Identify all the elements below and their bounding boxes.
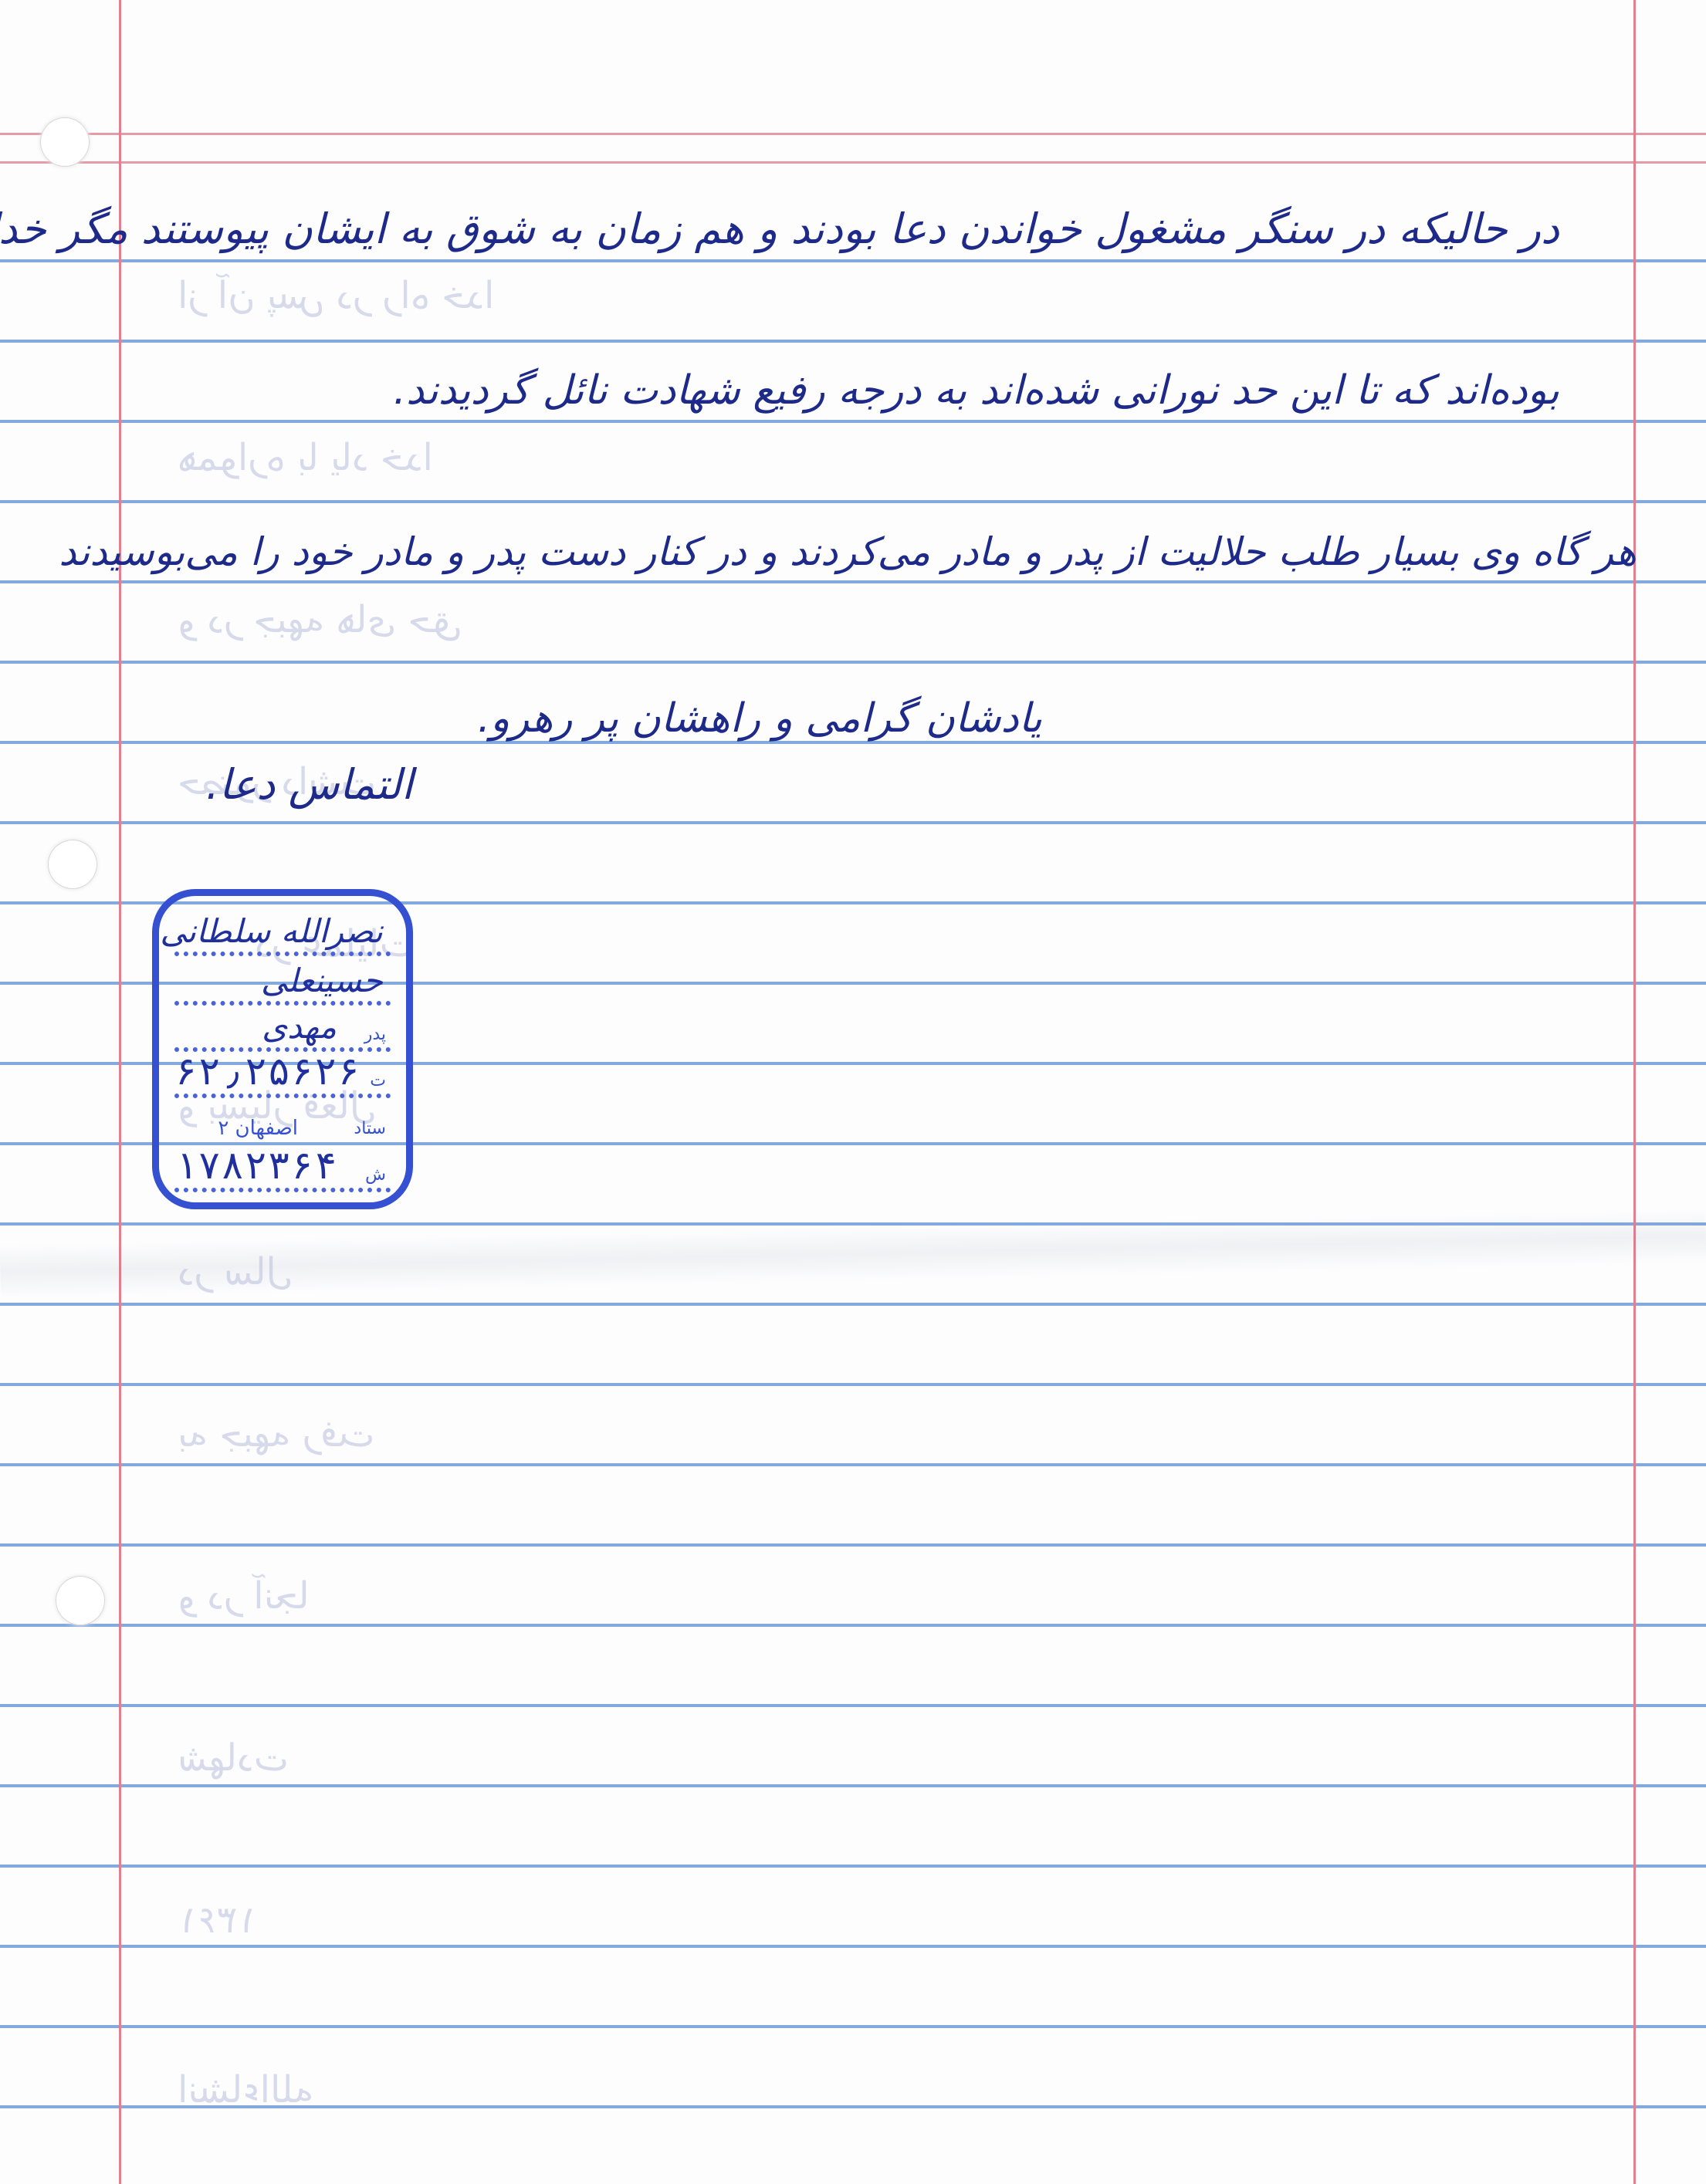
stamp-given-name: حسینعلی <box>261 962 383 999</box>
ruled-line <box>0 420 1706 423</box>
bleed-through-text: ﺍﺯ ﺁﻥ ﭘﺲ ﺩﺭ ﺭﺍﻩ ﺧﺪﺍ <box>178 274 1567 317</box>
ruled-line <box>0 1704 1706 1707</box>
stamp-number-label: ش <box>365 1165 386 1185</box>
ruled-line <box>0 1945 1706 1948</box>
bleed-through-text: ﺍﻧﺸﺎﺀﺍﻟﻠﻪ <box>178 2068 1567 2111</box>
letter-closing: التماس دعا. <box>206 764 413 806</box>
stamp-number-value: ۱۷۸۲۳۶۴ <box>174 1143 337 1188</box>
ruled-line <box>0 1865 1706 1868</box>
letter-line-2: بوده‌اند که تا این حد نورانی شده‌اند به … <box>393 370 1559 411</box>
ruled-line <box>0 661 1706 664</box>
ruled-line <box>0 259 1706 262</box>
ruled-line <box>0 1383 1706 1386</box>
stamp-id-label: ت <box>370 1071 386 1090</box>
stamp-hq-label: ستاد <box>354 1119 386 1138</box>
ruled-line <box>0 1784 1706 1787</box>
stamp-father-label: پدر <box>364 1025 386 1044</box>
bleed-through-text: ﺷﻬﺎﺩﺕ <box>178 1736 1567 1780</box>
punch-hole-middle <box>48 840 97 889</box>
letter-line-1: در حالیکه در سنگر مشغول خواندن دعا بودند… <box>0 208 1559 250</box>
stamp-row-hq: ستاد اصفهان ۲ <box>174 1095 391 1141</box>
ruled-line <box>0 580 1706 583</box>
ruled-line <box>0 340 1706 343</box>
stamp-hq-value: اصفهان ۲ <box>218 1117 298 1140</box>
bleed-through-text: ﻭ ﺩﺭ ﺁﻧﺠﺎ <box>178 1574 1567 1618</box>
bleed-through-text: ﻭ ﺩﺭ ﺟﺒﻬﻪ ﻫﺎﻯ ﺣﻖ <box>178 598 1567 641</box>
bleed-through-text: ﺑﻪ ﺟﺒﻬﻪ ﺭﻓﺖ <box>178 1412 1567 1455</box>
punch-hole-top <box>40 117 90 167</box>
stamp-row-father-name: حسینعلی <box>174 955 391 1006</box>
ruled-line <box>0 1624 1706 1627</box>
right-margin-line <box>1633 0 1636 2184</box>
stamp-name: نصرالله سلطانی <box>160 912 383 950</box>
notebook-page: ﺍﺯ ﺁﻥ ﭘﺲ ﺩﺭ ﺭﺍﻩ ﺧﺪﺍ ﻫﻤﻮﺍﺭﻩ ﺑﺎ ﻳﺎﺩ ﺧﺪﺍ ﻭ … <box>0 0 1706 2184</box>
punch-hole-bottom <box>56 1576 105 1625</box>
ink-stamp: نصرالله سلطانی حسینعلی پدر مهدی ت ۶۲٫۲۵۶… <box>152 889 413 1209</box>
ruled-line <box>0 1303 1706 1306</box>
stamp-row-number: ش ۱۷۸۲۳۶۴ <box>174 1141 391 1192</box>
ruled-line <box>0 1543 1706 1547</box>
bleed-through-text: ﺩﺭ ﺳﺎﻝ <box>178 1250 1567 1293</box>
ruled-line <box>0 500 1706 503</box>
header-rule-top <box>0 133 1706 135</box>
stamp-row-father: پدر مهدی <box>174 1001 391 1052</box>
bleed-through-text: ﻫﻤﻮﺍﺭﻩ ﺑﺎ ﻳﺎﺩ ﺧﺪﺍ <box>178 436 1567 479</box>
stamp-id-value: ۶۲٫۲۵۶۲۶ <box>174 1049 360 1094</box>
stamp-row-name: نصرالله سلطانی <box>174 905 391 956</box>
stamp-father-value: مهدی <box>262 1008 337 1046</box>
ruled-line <box>0 821 1706 824</box>
bleed-through-text: ﺩﺭ ﻋﻤﻠﻴﺎﺕ <box>255 922 1567 965</box>
letter-line-4: یادشان گرامی و راهشان پر رهرو. <box>478 698 1042 739</box>
ruled-line <box>0 2025 1706 2028</box>
left-margin-line <box>119 0 121 2184</box>
stamp-row-id: ت ۶۲٫۲۵۶۲۶ <box>174 1047 391 1098</box>
header-rule-bottom <box>0 161 1706 164</box>
letter-line-3: هر گاه وی بسیار طلب حلالیت از پدر و مادر… <box>59 532 1637 571</box>
bleed-through-text: ۱۳۶۱ <box>178 1898 1567 1942</box>
ruled-line <box>0 1463 1706 1466</box>
